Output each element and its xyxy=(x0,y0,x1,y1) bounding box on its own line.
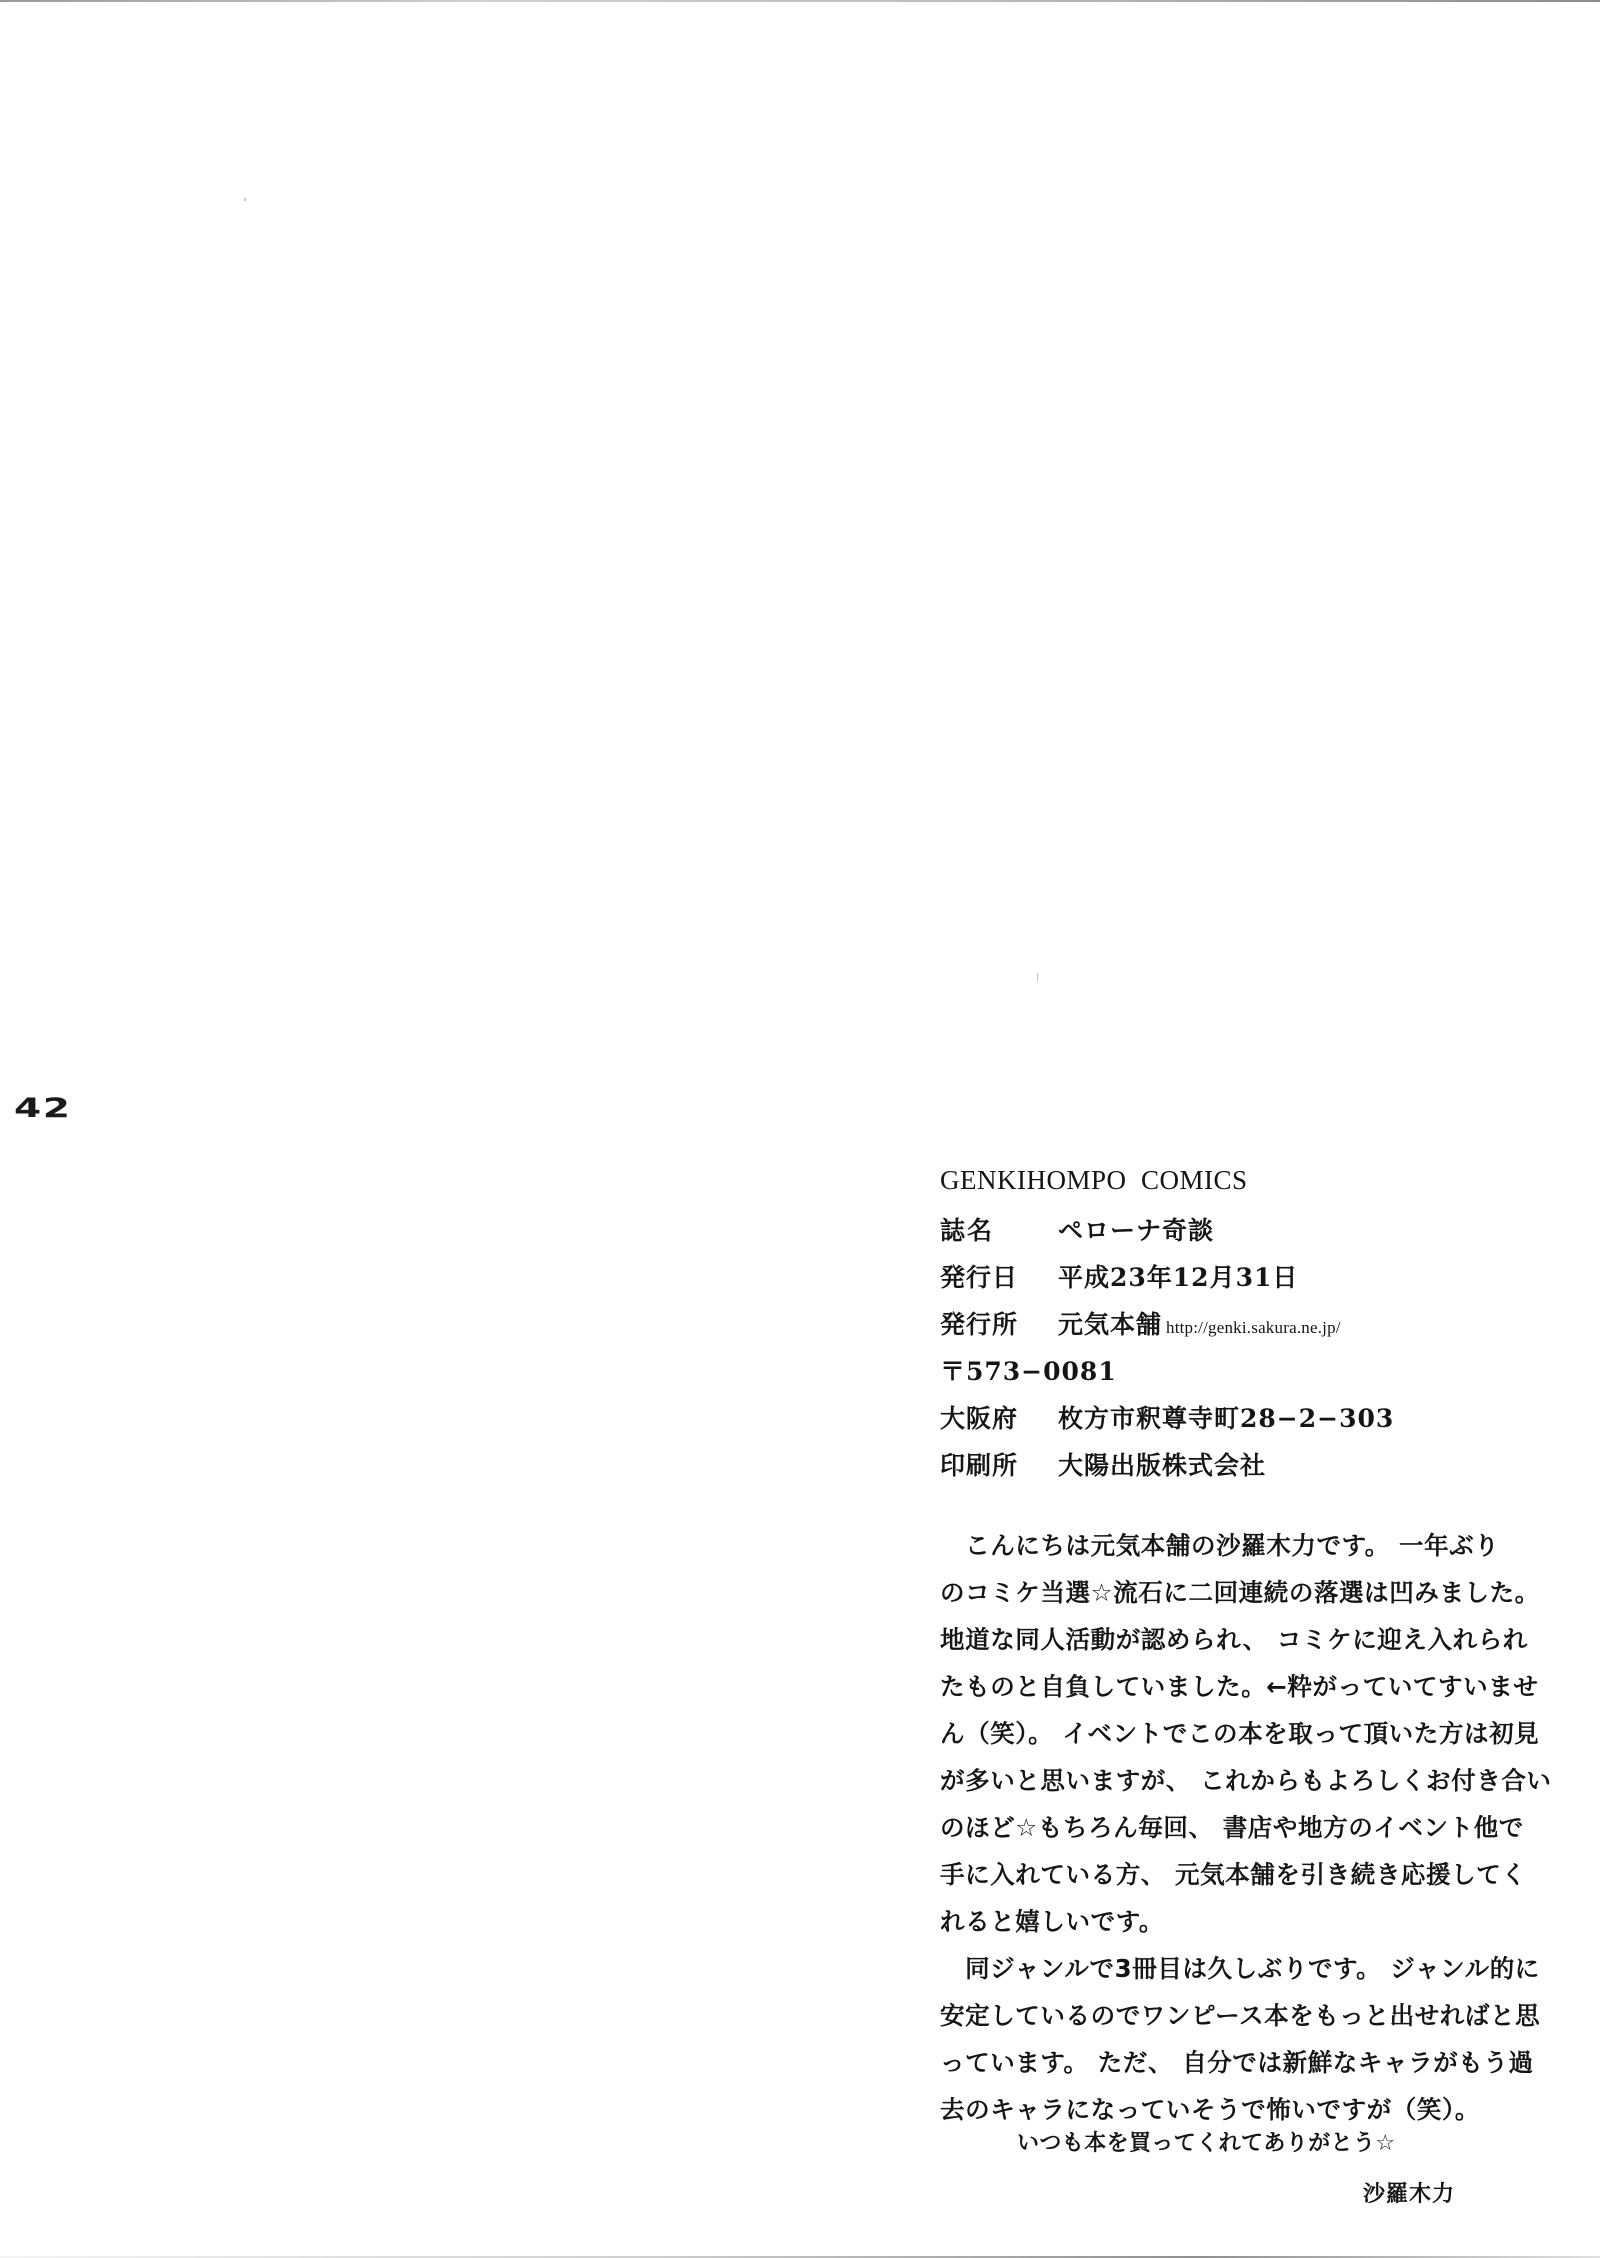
colophon-value: 枚方市釈尊寺町28−2−303 xyxy=(1058,1395,1394,1442)
page-number: 42 xyxy=(14,1093,71,1124)
afterword-line: こんにちは元気本舗の沙羅木力です。 一年ぶり xyxy=(940,1522,1500,1569)
scan-edge-top xyxy=(0,0,1600,2)
colophon-row-title: 誌名 ペローナ奇談 xyxy=(940,1207,1560,1254)
colophon-block: GENKIHOMPO COMICS 誌名 ペローナ奇談 発行日 平成23年12月… xyxy=(940,1160,1560,1489)
afterword-line: れると嬉しいです。 xyxy=(940,1898,1500,1945)
colophon-value: 元気本舗 xyxy=(1058,1301,1162,1348)
colophon-value: 大陽出版株式会社 xyxy=(1058,1442,1266,1489)
colophon-label: 発行所 xyxy=(940,1301,1058,1348)
colophon-label: 誌名 xyxy=(940,1207,1058,1254)
publisher-url: http://genki.sakura.ne.jp/ xyxy=(1166,1304,1341,1351)
colophon-label: 印刷所 xyxy=(940,1442,1058,1489)
afterword-line: 地道な同人活動が認められ、 コミケに迎え入れられ xyxy=(940,1616,1500,1663)
postal-code: 〒573−0081 xyxy=(940,1348,1117,1395)
afterword-line: 安定しているのでワンピース本をもっと出せればと思 xyxy=(940,1992,1500,2039)
scan-speck xyxy=(244,198,246,201)
afterword-line: たものと自負していました。←粋がっていてすいませ xyxy=(940,1663,1500,1710)
imprint-title: GENKIHOMPO COMICS xyxy=(940,1160,1560,1207)
closing-message: いつも本を買ってくれてありがとう☆ xyxy=(1017,2126,1396,2157)
colophon-row-address: 大阪府 枚方市釈尊寺町28−2−303 xyxy=(940,1395,1560,1442)
afterword-line: っています。 ただ、 自分では新鮮なキャラがもう過 xyxy=(940,2039,1500,2086)
afterword-line: 同ジャンルで3冊目は久しぶりです。 ジャンル的に xyxy=(940,1945,1500,1992)
colophon-row-publish-date: 発行日 平成23年12月31日 xyxy=(940,1254,1560,1301)
colophon-row-publisher: 発行所 元気本舗 http://genki.sakura.ne.jp/ xyxy=(940,1301,1560,1348)
afterword-line: ん（笑）。 イベントでこの本を取って頂いた方は初見 xyxy=(940,1710,1500,1757)
afterword-line: が多いと思いますが、 これからもよろしくお付き合い xyxy=(940,1757,1500,1804)
colophon-label: 大阪府 xyxy=(940,1395,1058,1442)
colophon-value: 平成23年12月31日 xyxy=(1058,1254,1298,1301)
colophon-value: ペローナ奇談 xyxy=(1058,1207,1214,1254)
author-signature: 沙羅木力 xyxy=(1363,2177,1455,2208)
colophon-label: 発行日 xyxy=(940,1254,1058,1301)
colophon-row-postal-code: 〒573−0081 xyxy=(940,1348,1560,1395)
afterword-line: 手に入れている方、 元気本舗を引き続き応援してく xyxy=(940,1851,1500,1898)
colophon-row-printer: 印刷所 大陽出版株式会社 xyxy=(940,1442,1560,1489)
afterword-line: のほど☆もちろん毎回、 書店や地方のイベント他で xyxy=(940,1804,1500,1851)
scan-speck xyxy=(1037,973,1038,981)
afterword-text: こんにちは元気本舗の沙羅木力です。 一年ぶり のコミケ当選☆流石に二回連続の落選… xyxy=(940,1522,1500,2133)
afterword-line: のコミケ当選☆流石に二回連続の落選は凹みました。 xyxy=(940,1569,1500,1616)
